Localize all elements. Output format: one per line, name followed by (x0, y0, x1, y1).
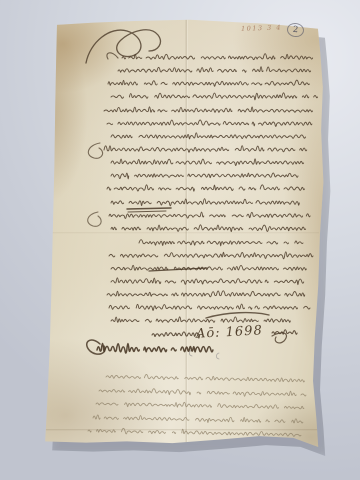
horizontal-fold-crease (46, 429, 320, 431)
manuscript-paper (40, 18, 328, 450)
archival-mark-pencil: 1013 3 4 (241, 23, 287, 33)
manuscript-photograph: 1013 3 4 2 Aō: 1698 (0, 0, 360, 480)
page-number: 2 (292, 25, 299, 36)
horizontal-fold-crease-middle (49, 232, 320, 234)
